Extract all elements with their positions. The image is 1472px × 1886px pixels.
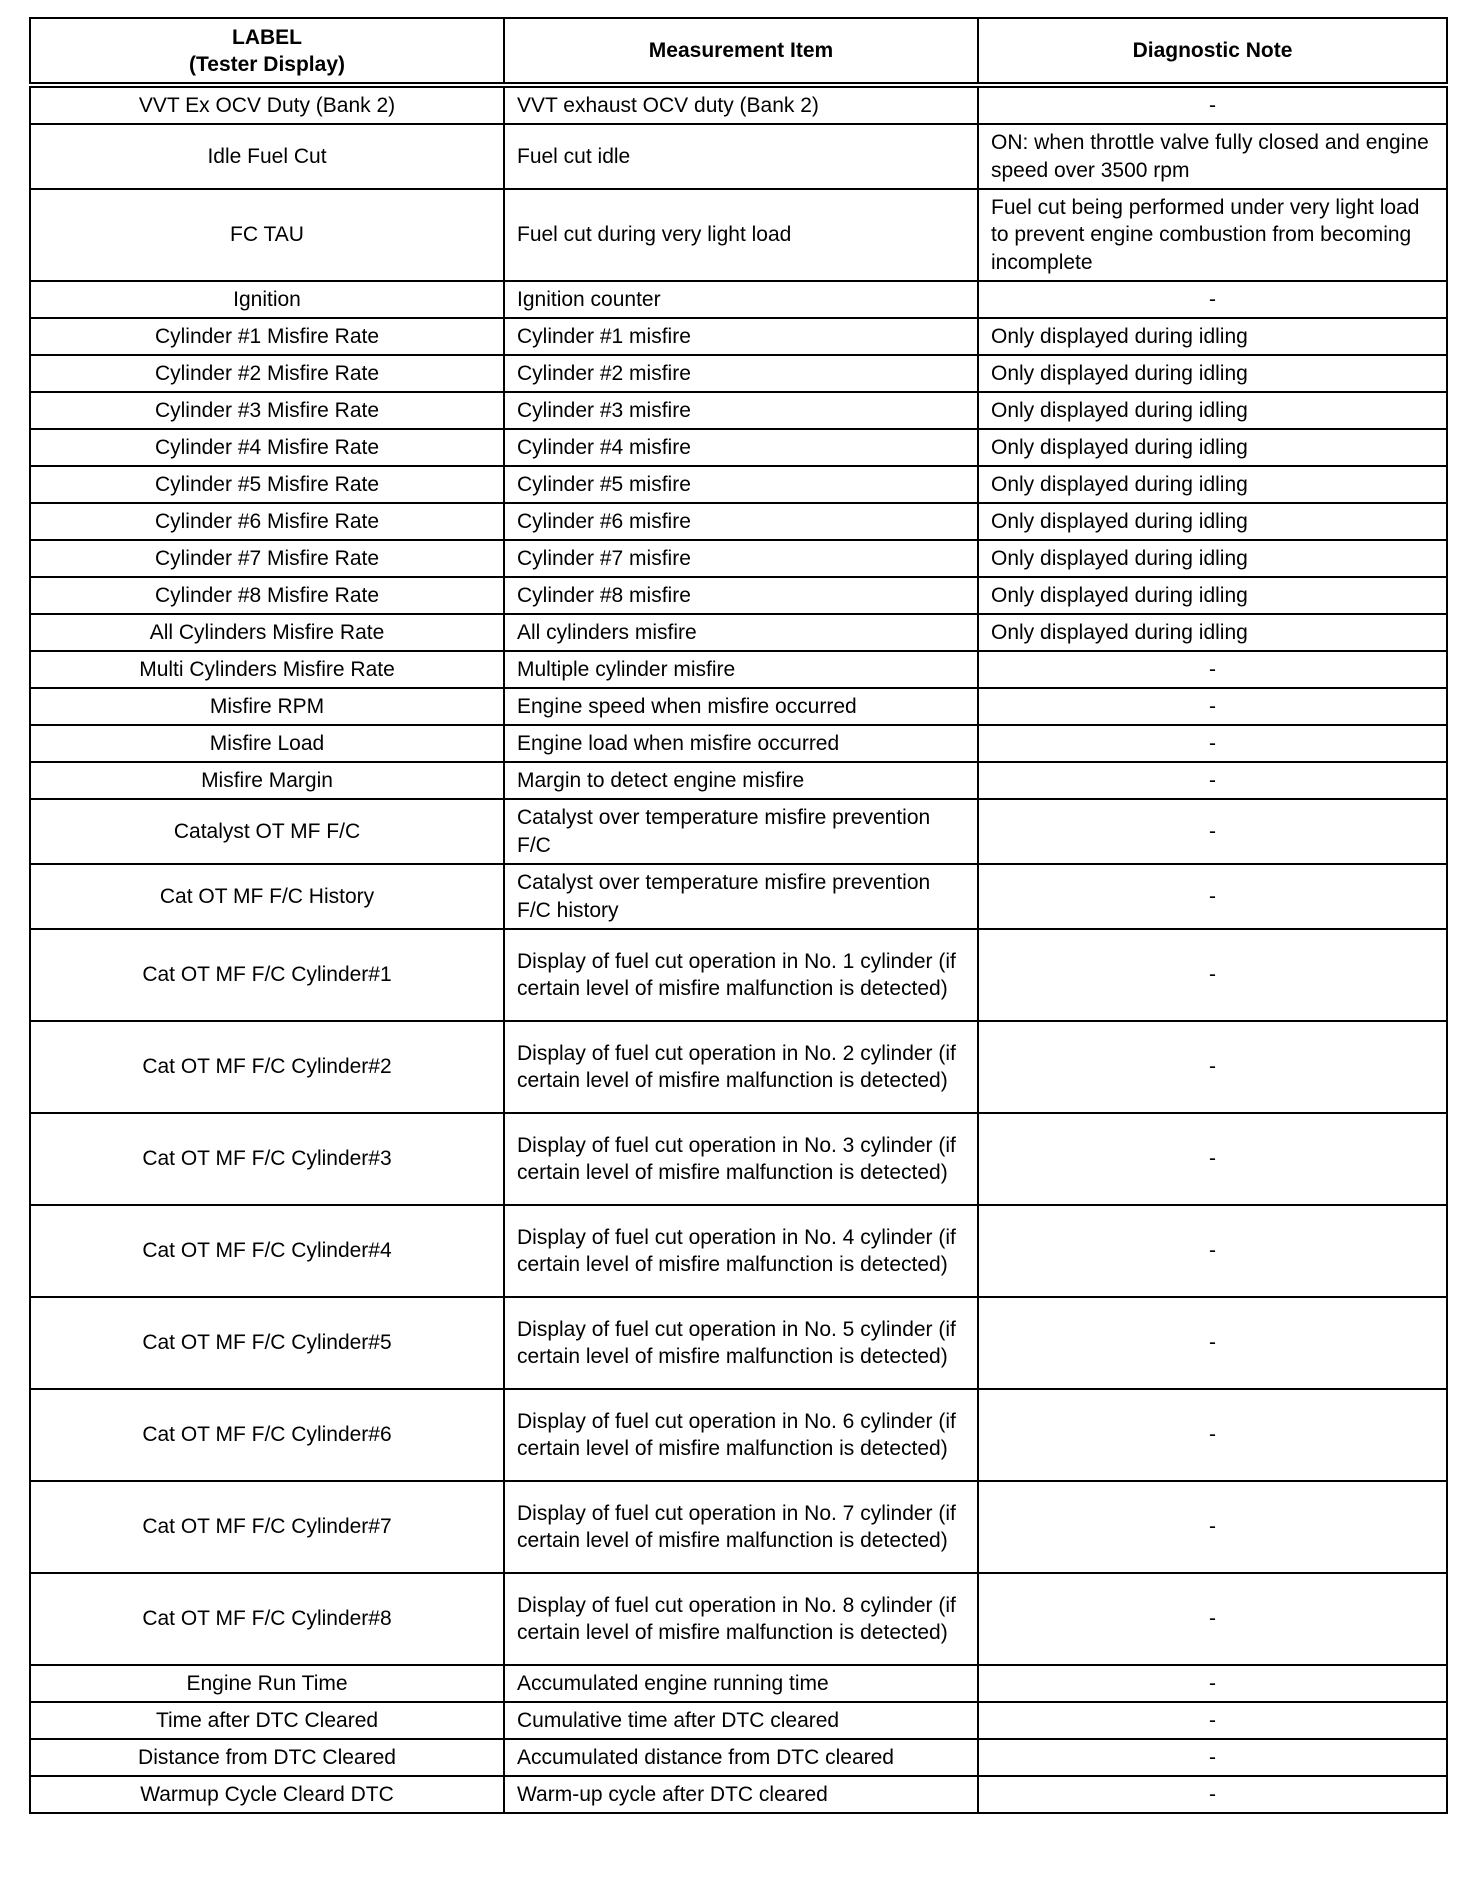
cell-label: Cylinder #6 Misfire Rate	[30, 503, 504, 540]
cell-label: Misfire Load	[30, 725, 504, 762]
cell-measurement-item: Accumulated engine running time	[504, 1665, 978, 1702]
column-header-label: LABEL (Tester Display)	[30, 18, 504, 85]
cell-diagnostic-note: Only displayed during idling	[978, 466, 1447, 503]
cell-label: All Cylinders Misfire Rate	[30, 614, 504, 651]
cell-measurement-item: Display of fuel cut operation in No. 8 c…	[504, 1573, 978, 1665]
cell-measurement-item: Cylinder #2 misfire	[504, 355, 978, 392]
cell-diagnostic-note: Only displayed during idling	[978, 318, 1447, 355]
cell-diagnostic-note: Only displayed during idling	[978, 503, 1447, 540]
table-header-row: LABEL (Tester Display) Measurement Item …	[30, 18, 1447, 85]
cell-measurement-item: VVT exhaust OCV duty (Bank 2)	[504, 85, 978, 124]
cell-measurement-item: Display of fuel cut operation in No. 4 c…	[504, 1205, 978, 1297]
table-row: Cat OT MF F/C Cylinder#6Display of fuel …	[30, 1389, 1447, 1481]
table-row: IgnitionIgnition counter-	[30, 281, 1447, 318]
cell-diagnostic-note: Only displayed during idling	[978, 429, 1447, 466]
cell-measurement-item: Warm-up cycle after DTC cleared	[504, 1776, 978, 1813]
header-label-line2: (Tester Display)	[43, 51, 491, 78]
cell-label: Ignition	[30, 281, 504, 318]
table-row: Cylinder #4 Misfire RateCylinder #4 misf…	[30, 429, 1447, 466]
cell-measurement-item: Cylinder #7 misfire	[504, 540, 978, 577]
table-row: Cat OT MF F/C Cylinder#1Display of fuel …	[30, 929, 1447, 1021]
cell-diagnostic-note: -	[978, 929, 1447, 1021]
cell-diagnostic-note: -	[978, 1665, 1447, 1702]
cell-measurement-item: All cylinders misfire	[504, 614, 978, 651]
cell-diagnostic-note: Only displayed during idling	[978, 392, 1447, 429]
cell-measurement-item: Margin to detect engine misfire	[504, 762, 978, 799]
cell-label: Multi Cylinders Misfire Rate	[30, 651, 504, 688]
table-row: Cylinder #5 Misfire RateCylinder #5 misf…	[30, 466, 1447, 503]
cell-diagnostic-note: -	[978, 1113, 1447, 1205]
cell-measurement-item: Accumulated distance from DTC cleared	[504, 1739, 978, 1776]
cell-diagnostic-note: -	[978, 864, 1447, 929]
table-row: Cat OT MF F/C Cylinder#7Display of fuel …	[30, 1481, 1447, 1573]
cell-label: Cylinder #3 Misfire Rate	[30, 392, 504, 429]
cell-diagnostic-note: Only displayed during idling	[978, 355, 1447, 392]
cell-label: Warmup Cycle Cleard DTC	[30, 1776, 504, 1813]
table-row: Cat OT MF F/C Cylinder#4Display of fuel …	[30, 1205, 1447, 1297]
cell-diagnostic-note: -	[978, 1021, 1447, 1113]
table-row: Idle Fuel CutFuel cut idleON: when throt…	[30, 124, 1447, 189]
cell-diagnostic-note: -	[978, 1389, 1447, 1481]
cell-label: Engine Run Time	[30, 1665, 504, 1702]
cell-diagnostic-note: -	[978, 762, 1447, 799]
cell-diagnostic-note: -	[978, 1739, 1447, 1776]
cell-diagnostic-note: -	[978, 688, 1447, 725]
table-row: Cylinder #7 Misfire RateCylinder #7 misf…	[30, 540, 1447, 577]
cell-measurement-item: Cylinder #3 misfire	[504, 392, 978, 429]
table-row: Cylinder #8 Misfire RateCylinder #8 misf…	[30, 577, 1447, 614]
table-row: Cylinder #2 Misfire RateCylinder #2 misf…	[30, 355, 1447, 392]
cell-measurement-item: Cylinder #6 misfire	[504, 503, 978, 540]
cell-label: Time after DTC Cleared	[30, 1702, 504, 1739]
table-row: Misfire LoadEngine load when misfire occ…	[30, 725, 1447, 762]
cell-diagnostic-note: -	[978, 1297, 1447, 1389]
table-row: Cat OT MF F/C Cylinder#5Display of fuel …	[30, 1297, 1447, 1389]
table-row: Multi Cylinders Misfire RateMultiple cyl…	[30, 651, 1447, 688]
cell-diagnostic-note: Only displayed during idling	[978, 577, 1447, 614]
cell-label: Cat OT MF F/C History	[30, 864, 504, 929]
data-list-table: LABEL (Tester Display) Measurement Item …	[29, 17, 1448, 1814]
cell-measurement-item: Fuel cut idle	[504, 124, 978, 189]
cell-measurement-item: Cylinder #1 misfire	[504, 318, 978, 355]
cell-diagnostic-note: -	[978, 1702, 1447, 1739]
cell-label: Cat OT MF F/C Cylinder#7	[30, 1481, 504, 1573]
table-row: Distance from DTC ClearedAccumulated dis…	[30, 1739, 1447, 1776]
cell-measurement-item: Engine speed when misfire occurred	[504, 688, 978, 725]
column-header-note: Diagnostic Note	[978, 18, 1447, 85]
cell-label: Cat OT MF F/C Cylinder#3	[30, 1113, 504, 1205]
cell-label: Cat OT MF F/C Cylinder#8	[30, 1573, 504, 1665]
cell-measurement-item: Fuel cut during very light load	[504, 189, 978, 281]
cell-label: Cylinder #1 Misfire Rate	[30, 318, 504, 355]
table-row: Cylinder #3 Misfire RateCylinder #3 misf…	[30, 392, 1447, 429]
cell-label: Cat OT MF F/C Cylinder#4	[30, 1205, 504, 1297]
table-row: Warmup Cycle Cleard DTCWarm-up cycle aft…	[30, 1776, 1447, 1813]
cell-diagnostic-note: ON: when throttle valve fully closed and…	[978, 124, 1447, 189]
cell-label: Cylinder #4 Misfire Rate	[30, 429, 504, 466]
table-row: Cat OT MF F/C Cylinder#3Display of fuel …	[30, 1113, 1447, 1205]
table-row: Cat OT MF F/C HistoryCatalyst over tempe…	[30, 864, 1447, 929]
cell-diagnostic-note: -	[978, 1205, 1447, 1297]
cell-label: Cylinder #2 Misfire Rate	[30, 355, 504, 392]
table-row: Cat OT MF F/C Cylinder#2Display of fuel …	[30, 1021, 1447, 1113]
cell-label: Catalyst OT MF F/C	[30, 799, 504, 864]
table-row: Misfire MarginMargin to detect engine mi…	[30, 762, 1447, 799]
cell-measurement-item: Display of fuel cut operation in No. 2 c…	[504, 1021, 978, 1113]
cell-label: Cat OT MF F/C Cylinder#5	[30, 1297, 504, 1389]
cell-label: Misfire RPM	[30, 688, 504, 725]
cell-label: Cat OT MF F/C Cylinder#2	[30, 1021, 504, 1113]
cell-measurement-item: Cylinder #5 misfire	[504, 466, 978, 503]
table-row: All Cylinders Misfire RateAll cylinders …	[30, 614, 1447, 651]
table-row: Catalyst OT MF F/CCatalyst over temperat…	[30, 799, 1447, 864]
table-row: Cylinder #6 Misfire RateCylinder #6 misf…	[30, 503, 1447, 540]
cell-label: Idle Fuel Cut	[30, 124, 504, 189]
cell-measurement-item: Ignition counter	[504, 281, 978, 318]
table-row: FC TAUFuel cut during very light loadFue…	[30, 189, 1447, 281]
cell-diagnostic-note: -	[978, 1481, 1447, 1573]
cell-measurement-item: Cylinder #4 misfire	[504, 429, 978, 466]
cell-measurement-item: Multiple cylinder misfire	[504, 651, 978, 688]
cell-diagnostic-note: -	[978, 799, 1447, 864]
cell-measurement-item: Cumulative time after DTC cleared	[504, 1702, 978, 1739]
cell-label: Cylinder #7 Misfire Rate	[30, 540, 504, 577]
cell-measurement-item: Catalyst over temperature misfire preven…	[504, 864, 978, 929]
cell-diagnostic-note: -	[978, 1573, 1447, 1665]
cell-label: Cylinder #5 Misfire Rate	[30, 466, 504, 503]
cell-label: Distance from DTC Cleared	[30, 1739, 504, 1776]
cell-diagnostic-note: Only displayed during idling	[978, 540, 1447, 577]
table-row: Cylinder #1 Misfire RateCylinder #1 misf…	[30, 318, 1447, 355]
cell-diagnostic-note: Fuel cut being performed under very ligh…	[978, 189, 1447, 281]
cell-measurement-item: Display of fuel cut operation in No. 5 c…	[504, 1297, 978, 1389]
cell-measurement-item: Display of fuel cut operation in No. 7 c…	[504, 1481, 978, 1573]
cell-diagnostic-note: -	[978, 1776, 1447, 1813]
cell-diagnostic-note: Only displayed during idling	[978, 614, 1447, 651]
cell-diagnostic-note: -	[978, 651, 1447, 688]
cell-measurement-item: Display of fuel cut operation in No. 6 c…	[504, 1389, 978, 1481]
table-row: Time after DTC ClearedCumulative time af…	[30, 1702, 1447, 1739]
table-row: Misfire RPMEngine speed when misfire occ…	[30, 688, 1447, 725]
table-row: Engine Run TimeAccumulated engine runnin…	[30, 1665, 1447, 1702]
cell-diagnostic-note: -	[978, 85, 1447, 124]
table-row: VVT Ex OCV Duty (Bank 2)VVT exhaust OCV …	[30, 85, 1447, 124]
cell-label: Misfire Margin	[30, 762, 504, 799]
cell-diagnostic-note: -	[978, 281, 1447, 318]
header-label-line1: LABEL	[43, 24, 491, 51]
cell-label: Cat OT MF F/C Cylinder#1	[30, 929, 504, 1021]
cell-measurement-item: Cylinder #8 misfire	[504, 577, 978, 614]
cell-measurement-item: Display of fuel cut operation in No. 3 c…	[504, 1113, 978, 1205]
cell-measurement-item: Catalyst over temperature misfire preven…	[504, 799, 978, 864]
cell-diagnostic-note: -	[978, 725, 1447, 762]
cell-measurement-item: Display of fuel cut operation in No. 1 c…	[504, 929, 978, 1021]
cell-label: Cat OT MF F/C Cylinder#6	[30, 1389, 504, 1481]
column-header-measurement: Measurement Item	[504, 18, 978, 85]
cell-label: VVT Ex OCV Duty (Bank 2)	[30, 85, 504, 124]
table-row: Cat OT MF F/C Cylinder#8Display of fuel …	[30, 1573, 1447, 1665]
cell-label: Cylinder #8 Misfire Rate	[30, 577, 504, 614]
cell-measurement-item: Engine load when misfire occurred	[504, 725, 978, 762]
cell-label: FC TAU	[30, 189, 504, 281]
